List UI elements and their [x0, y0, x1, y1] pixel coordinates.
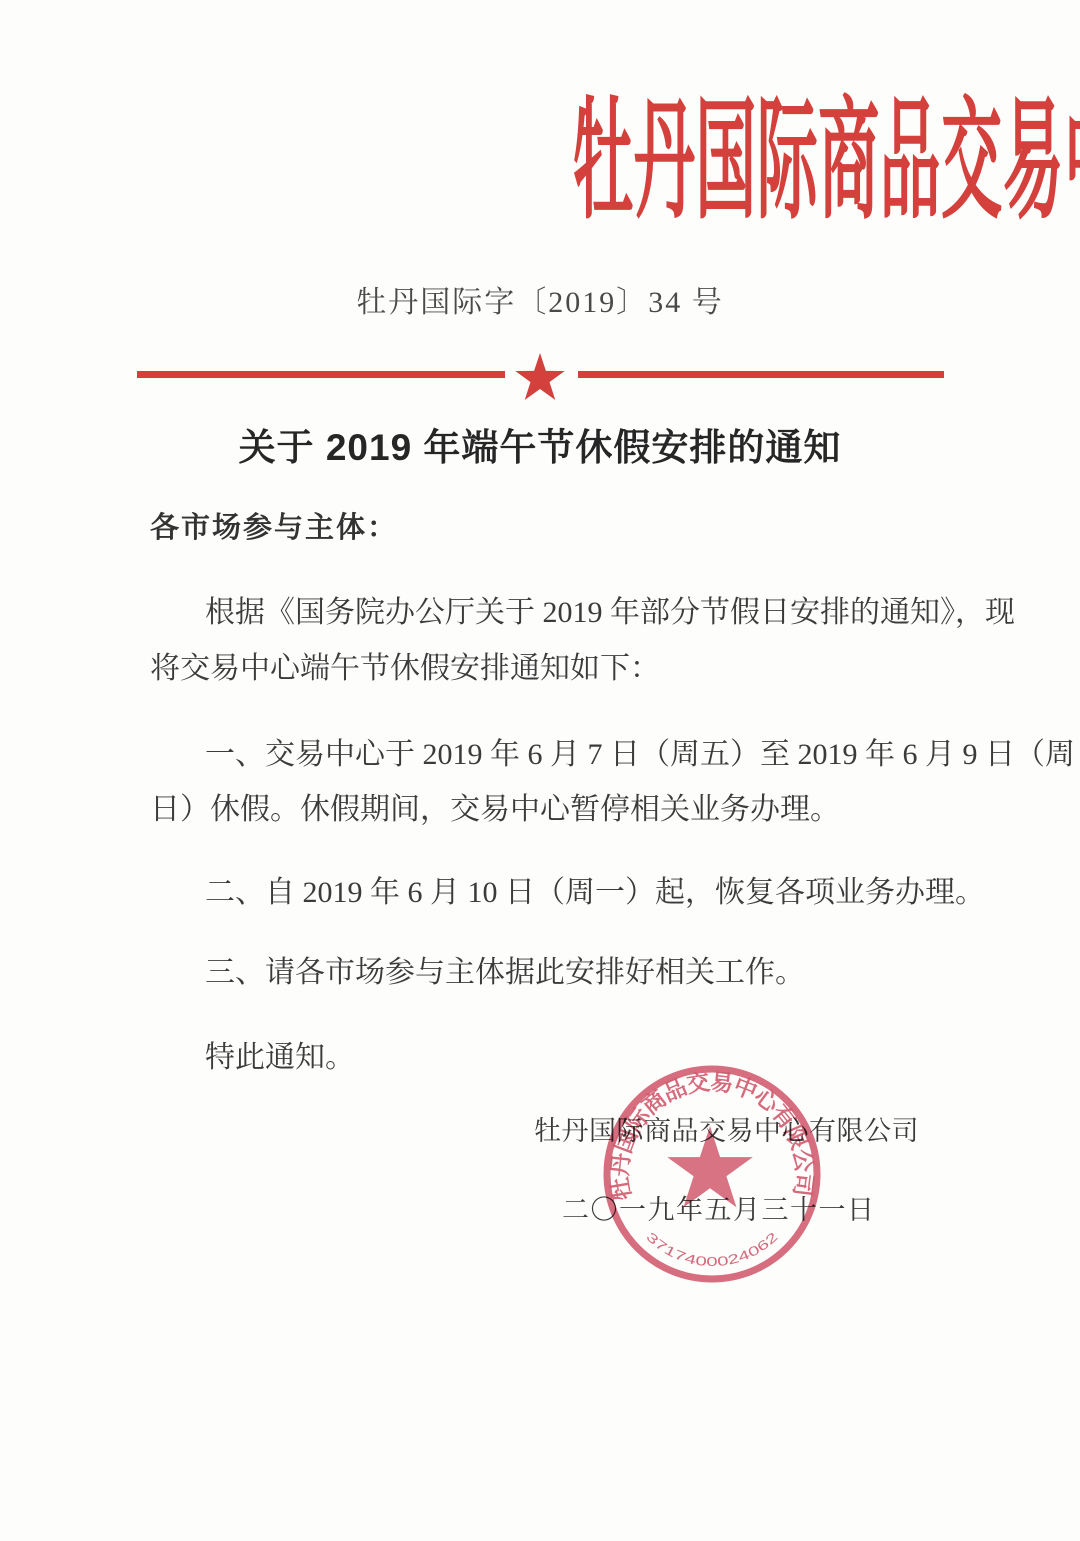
body-line: 三、请各市场参与主体据此安排好相关工作。: [205, 954, 805, 992]
body-line: 一、交易中心于 2019 年 6 月 7 日（周五）至 2019 年 6 月 9…: [205, 736, 1075, 774]
seal-star-icon: [667, 1126, 753, 1207]
body-line: 日）休假。休假期间，交易中心暂停相关业务办理。: [150, 791, 840, 829]
subject-title: 关于 2019 年端午节休假安排的通知: [0, 428, 1080, 469]
divider-line-right: [578, 371, 944, 378]
org-title: 牡丹国际商品交易中心有限公司文件: [572, 96, 1080, 228]
salutation: 各市场参与主体：: [150, 514, 398, 543]
closing-line: 特此通知。: [205, 1039, 355, 1077]
seal-serial-number: 3717400024062: [643, 1229, 780, 1269]
divider-line-left: [137, 371, 505, 378]
body-line: 根据《国务院办公厅关于 2019 年部分节假日安排的通知》，现: [205, 594, 1015, 632]
divider-star-icon: [513, 352, 567, 406]
body-line: 二、自 2019 年 6 月 10 日（周一）起，恢复各项业务办理。: [205, 874, 985, 912]
document-page: 牡丹国际商品交易中心有限公司文件 牡丹国际字〔2019〕34 号 关于 2019…: [0, 0, 1080, 1541]
company-seal: 牡丹国际商品交易中心有限公司 3717400024062: [597, 1059, 827, 1289]
letterhead: 牡丹国际商品交易中心有限公司文件: [0, 96, 1080, 228]
body-line: 将交易中心端午节休假安排通知如下：: [150, 650, 660, 688]
doc-number: 牡丹国际字〔2019〕34 号: [0, 288, 1080, 318]
